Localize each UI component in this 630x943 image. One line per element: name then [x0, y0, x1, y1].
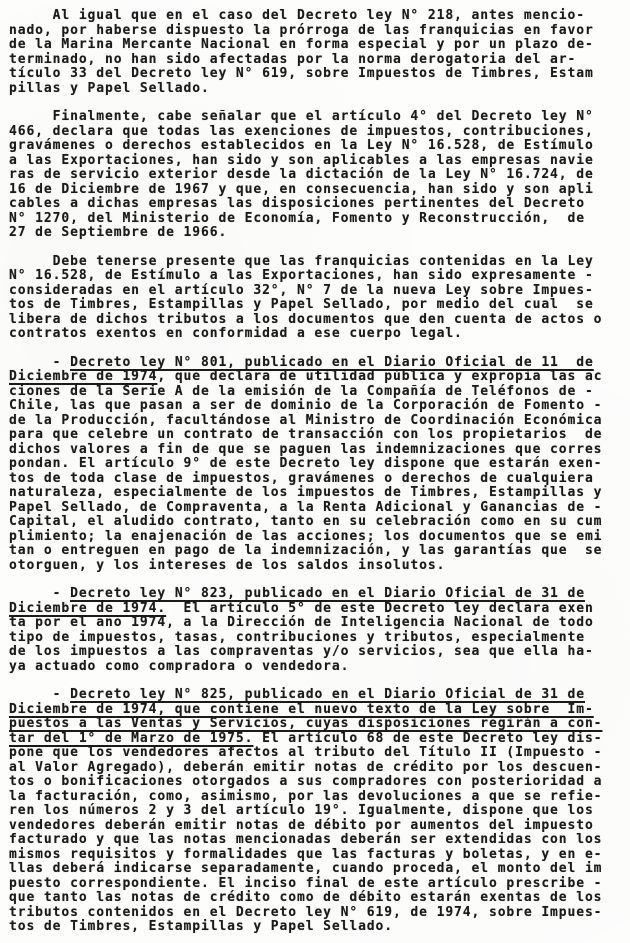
paragraph-debe-tenerse-presente: Debe tenerse presente que las franquicia…: [9, 255, 624, 342]
body-text: -: [9, 355, 70, 370]
document-body: Al igual que en el caso del Decreto ley …: [9, 9, 624, 935]
body-text: El artículo 68 de este Decreto ley dis- …: [9, 731, 602, 935]
body-text: Debe tenerse presente que las franquicia…: [9, 254, 602, 342]
paragraph-decreto-ley-825: - Decreto ley N° 825, publicado en el Di…: [9, 688, 624, 935]
paragraph-finalmente-decreto-466: Finalmente, cabe señalar que el artículo…: [9, 110, 624, 241]
paragraph-decreto-ley-823: - Decreto ley N° 823, publicado en el Di…: [9, 587, 624, 674]
body-text: , que declara de utilidad pública y expr…: [9, 369, 602, 573]
paragraph-intro-decreto-218: Al igual que en el caso del Decreto ley …: [9, 9, 624, 96]
body-text: Finalmente, cabe señalar que el artículo…: [9, 109, 594, 240]
paragraph-decreto-ley-801: - Decreto ley N° 801, publicado en el Di…: [9, 356, 624, 574]
body-text: -: [9, 687, 70, 702]
body-text: -: [9, 586, 70, 601]
body-text: Al igual que en el caso del Decreto ley …: [9, 8, 594, 96]
scanned-document-page: Al igual que en el caso del Decreto ley …: [0, 0, 630, 943]
